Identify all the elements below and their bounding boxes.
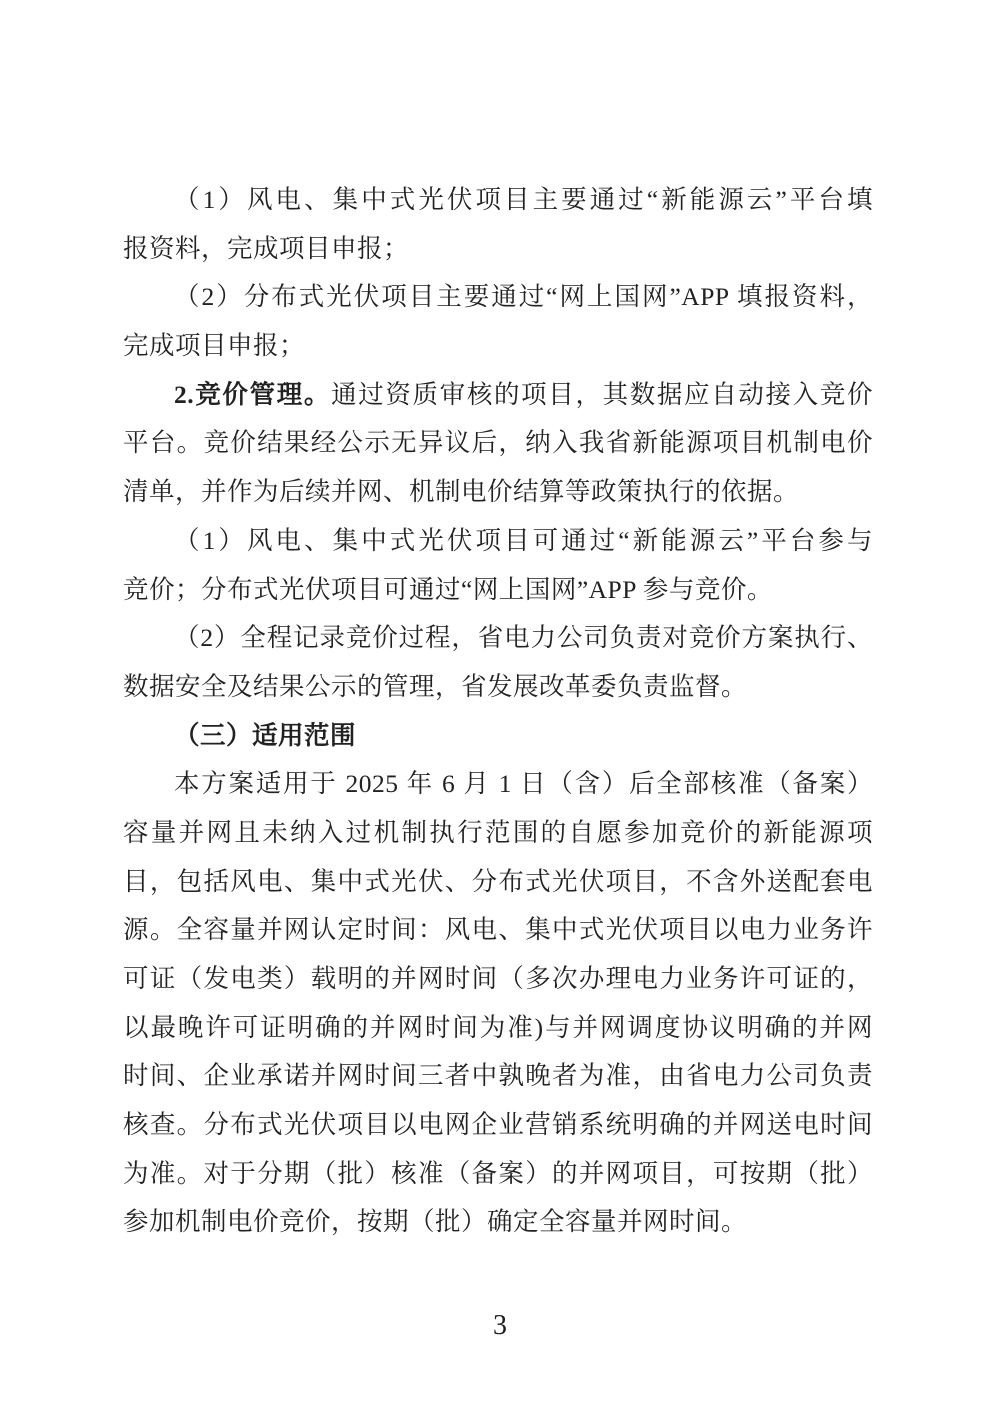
text-line: 时间、企业承诺并网时间三者中孰晚者为准，由省电力公司负责 bbox=[123, 1052, 873, 1101]
section-heading-scope: （三）适用范围 bbox=[123, 712, 873, 761]
text-line: 参加机制电价竞价，按期（批）确定全容量并网时间。 bbox=[123, 1198, 873, 1247]
text-run: 通过资质审核的项目，其数据应自动接入竞价 bbox=[331, 380, 873, 409]
text-line: （2）全程记录竞价过程，省电力公司负责对竞价方案执行、 bbox=[123, 614, 873, 663]
text-line: 清单，并作为后续并网、机制电价结算等政策执行的依据。 bbox=[123, 468, 873, 517]
text-line: 数据安全及结果公示的管理，省发展改革委负责监督。 bbox=[123, 663, 873, 712]
text-line: 报资料，完成项目申报； bbox=[123, 225, 873, 274]
text-line: 目，包括风电、集中式光伏、分布式光伏项目，不含外送配套电 bbox=[123, 858, 873, 907]
text-line: 竞价；分布式光伏项目可通过“网上国网”APP 参与竞价。 bbox=[123, 566, 873, 615]
text-line: 2.竞价管理。通过资质审核的项目，其数据应自动接入竞价 bbox=[123, 371, 873, 420]
document-page: （1）风电、集中式光伏项目主要通过“新能源云”平台填 报资料，完成项目申报； （… bbox=[0, 0, 1000, 1414]
text-line: 核查。分布式光伏项目以电网企业营销系统明确的并网送电时间 bbox=[123, 1101, 873, 1150]
document-body: （1）风电、集中式光伏项目主要通过“新能源云”平台填 报资料，完成项目申报； （… bbox=[123, 176, 873, 1247]
text-line: 可证（发电类）载明的并网时间（多次办理电力业务许可证的， bbox=[123, 955, 873, 1004]
text-line: 以最晚许可证明确的并网时间为准)与并网调度协议明确的并网 bbox=[123, 1004, 873, 1053]
text-line: （1）风电、集中式光伏项目主要通过“新能源云”平台填 bbox=[123, 176, 873, 225]
text-line: 完成项目申报； bbox=[123, 322, 873, 371]
text-line: 本方案适用于 2025 年 6 月 1 日（含）后全部核准（备案） bbox=[123, 760, 873, 809]
text-line: 容量并网且未纳入过机制执行范围的自愿参加竞价的新能源项 bbox=[123, 809, 873, 858]
page-number: 3 bbox=[0, 1308, 1000, 1344]
text-line: 平台。竞价结果经公示无异议后，纳入我省新能源项目机制电价 bbox=[123, 419, 873, 468]
text-line: （2）分布式光伏项目主要通过“网上国网”APP 填报资料， bbox=[123, 273, 873, 322]
text-line: 源。全容量并网认定时间：风电、集中式光伏项目以电力业务许 bbox=[123, 906, 873, 955]
bold-run-bidding-management: 2.竞价管理。 bbox=[174, 380, 331, 409]
text-line: （1）风电、集中式光伏项目可通过“新能源云”平台参与 bbox=[123, 517, 873, 566]
text-line: 为准。对于分期（批）核准（备案）的并网项目，可按期（批） bbox=[123, 1150, 873, 1199]
